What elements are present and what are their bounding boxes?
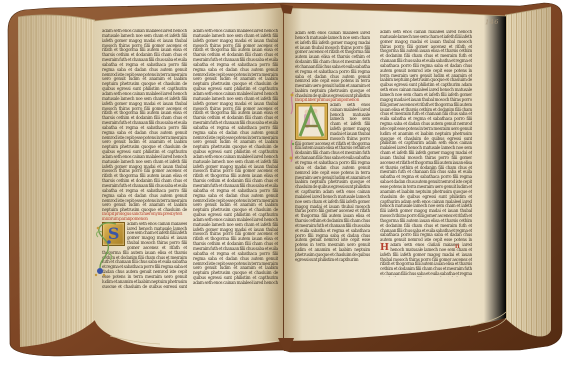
text-block: adam seth enos cainan malaleel iared hen… xyxy=(380,30,472,243)
text-block: adam seth enos cainan malaleel iared hen… xyxy=(193,29,278,285)
right-page-column-2: adam seth enos cainan malaleel iared hen… xyxy=(380,30,472,279)
initial-letter: S xyxy=(108,226,119,242)
text-block: adam seth enos cainan malaleel iared hen… xyxy=(295,31,370,98)
fore-edge-right-shading xyxy=(505,7,551,336)
initial-paragraph: Sadam seth enos cainan malaleel iared he… xyxy=(102,222,187,288)
right-page-column-1: adam seth enos cainan malaleel iared hen… xyxy=(295,31,370,278)
left-page-column-1: adam seth enos cainan malaleel iared hen… xyxy=(102,29,187,289)
miniature-paragraph: adam seth enos cainan malaleel iared hen… xyxy=(295,103,370,277)
fore-edge-left-shading xyxy=(18,15,95,347)
chapter-numeral: II xyxy=(455,244,460,250)
historiated-initial-a xyxy=(295,103,328,140)
text-block: adam seth enos cainan malaleel iared hen… xyxy=(102,29,187,212)
book-body xyxy=(0,0,570,365)
folio-number: 146 xyxy=(485,18,499,26)
photo-stage: adam seth enos cainan malaleel iared hen… xyxy=(0,0,570,365)
miniature-scene xyxy=(295,103,328,140)
left-page-column-2: adam seth enos cainan malaleel iared hen… xyxy=(193,29,278,285)
illuminated-initial-s: S xyxy=(102,222,125,246)
